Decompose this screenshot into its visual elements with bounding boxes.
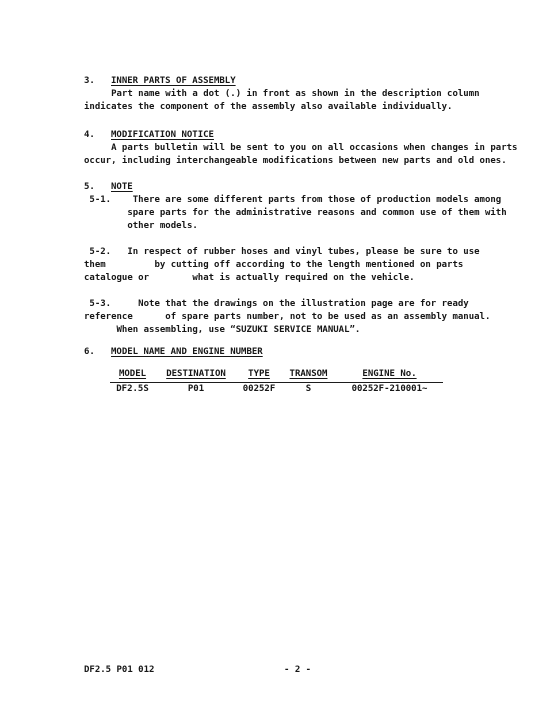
section-model-name-engine-number: 6.MODEL NAME AND ENGINE NUMBER (84, 346, 530, 359)
cell-type: 00252F (237, 383, 281, 396)
section-heading: 3.INNER PARTS OF ASSEMBLY (84, 75, 530, 88)
section-heading: 5.NOTE (84, 181, 530, 194)
section-note: 5.NOTE 5-1. There are some different par… (84, 181, 530, 337)
column-header-label: MODEL (119, 369, 146, 379)
cell-destination: P01 (155, 383, 237, 396)
section-number: 6. (84, 346, 111, 359)
column-header-label: TRANSOM (290, 369, 328, 379)
document-page: 3.INNER PARTS OF ASSEMBLY Part name with… (0, 0, 560, 725)
cell-model: DF2.5S (110, 383, 155, 396)
section-body-text: A parts bulletin will be sent to you on … (84, 142, 530, 168)
table-header-row: MODEL DESTINATION TYPE TRANSOM ENGINE No… (110, 368, 443, 383)
footer-page-number: - 2 - (284, 664, 311, 677)
section-inner-parts: 3.INNER PARTS OF ASSEMBLY Part name with… (84, 75, 530, 114)
column-header-label: TYPE (248, 369, 270, 379)
cell-engine-no: 00252F-210001~ (336, 383, 443, 396)
column-header-type: TYPE (237, 368, 281, 381)
footer-doc-code: DF2.5 P01 012 (84, 664, 154, 677)
section-number: 5. (84, 181, 111, 194)
section-body-text: Part name with a dot (.) in front as sho… (84, 88, 530, 114)
table-row: DF2.5S P01 00252F S 00252F-210001~ (110, 383, 443, 396)
column-header-transom: TRANSOM (281, 368, 336, 381)
column-header-engine-no: ENGINE No. (336, 368, 443, 381)
cell-transom: S (281, 383, 336, 396)
section-title: MODIFICATION NOTICE (111, 130, 214, 140)
column-header-label: DESTINATION (166, 369, 226, 379)
section-heading: 4.MODIFICATION NOTICE (84, 129, 530, 142)
section-modification-notice: 4.MODIFICATION NOTICE A parts bulletin w… (84, 129, 530, 168)
section-number: 3. (84, 75, 111, 88)
section-body-text: 5-1. There are some different parts from… (84, 194, 530, 337)
column-header-model: MODEL (110, 368, 155, 381)
section-title: INNER PARTS OF ASSEMBLY (111, 76, 236, 86)
section-number: 4. (84, 129, 111, 142)
column-header-label: ENGINE No. (362, 369, 416, 379)
section-title: MODEL NAME AND ENGINE NUMBER (111, 347, 263, 357)
section-heading: 6.MODEL NAME AND ENGINE NUMBER (84, 346, 530, 359)
column-header-destination: DESTINATION (155, 368, 237, 381)
model-engine-table: MODEL DESTINATION TYPE TRANSOM ENGINE No… (110, 368, 443, 396)
section-title: NOTE (111, 182, 133, 192)
